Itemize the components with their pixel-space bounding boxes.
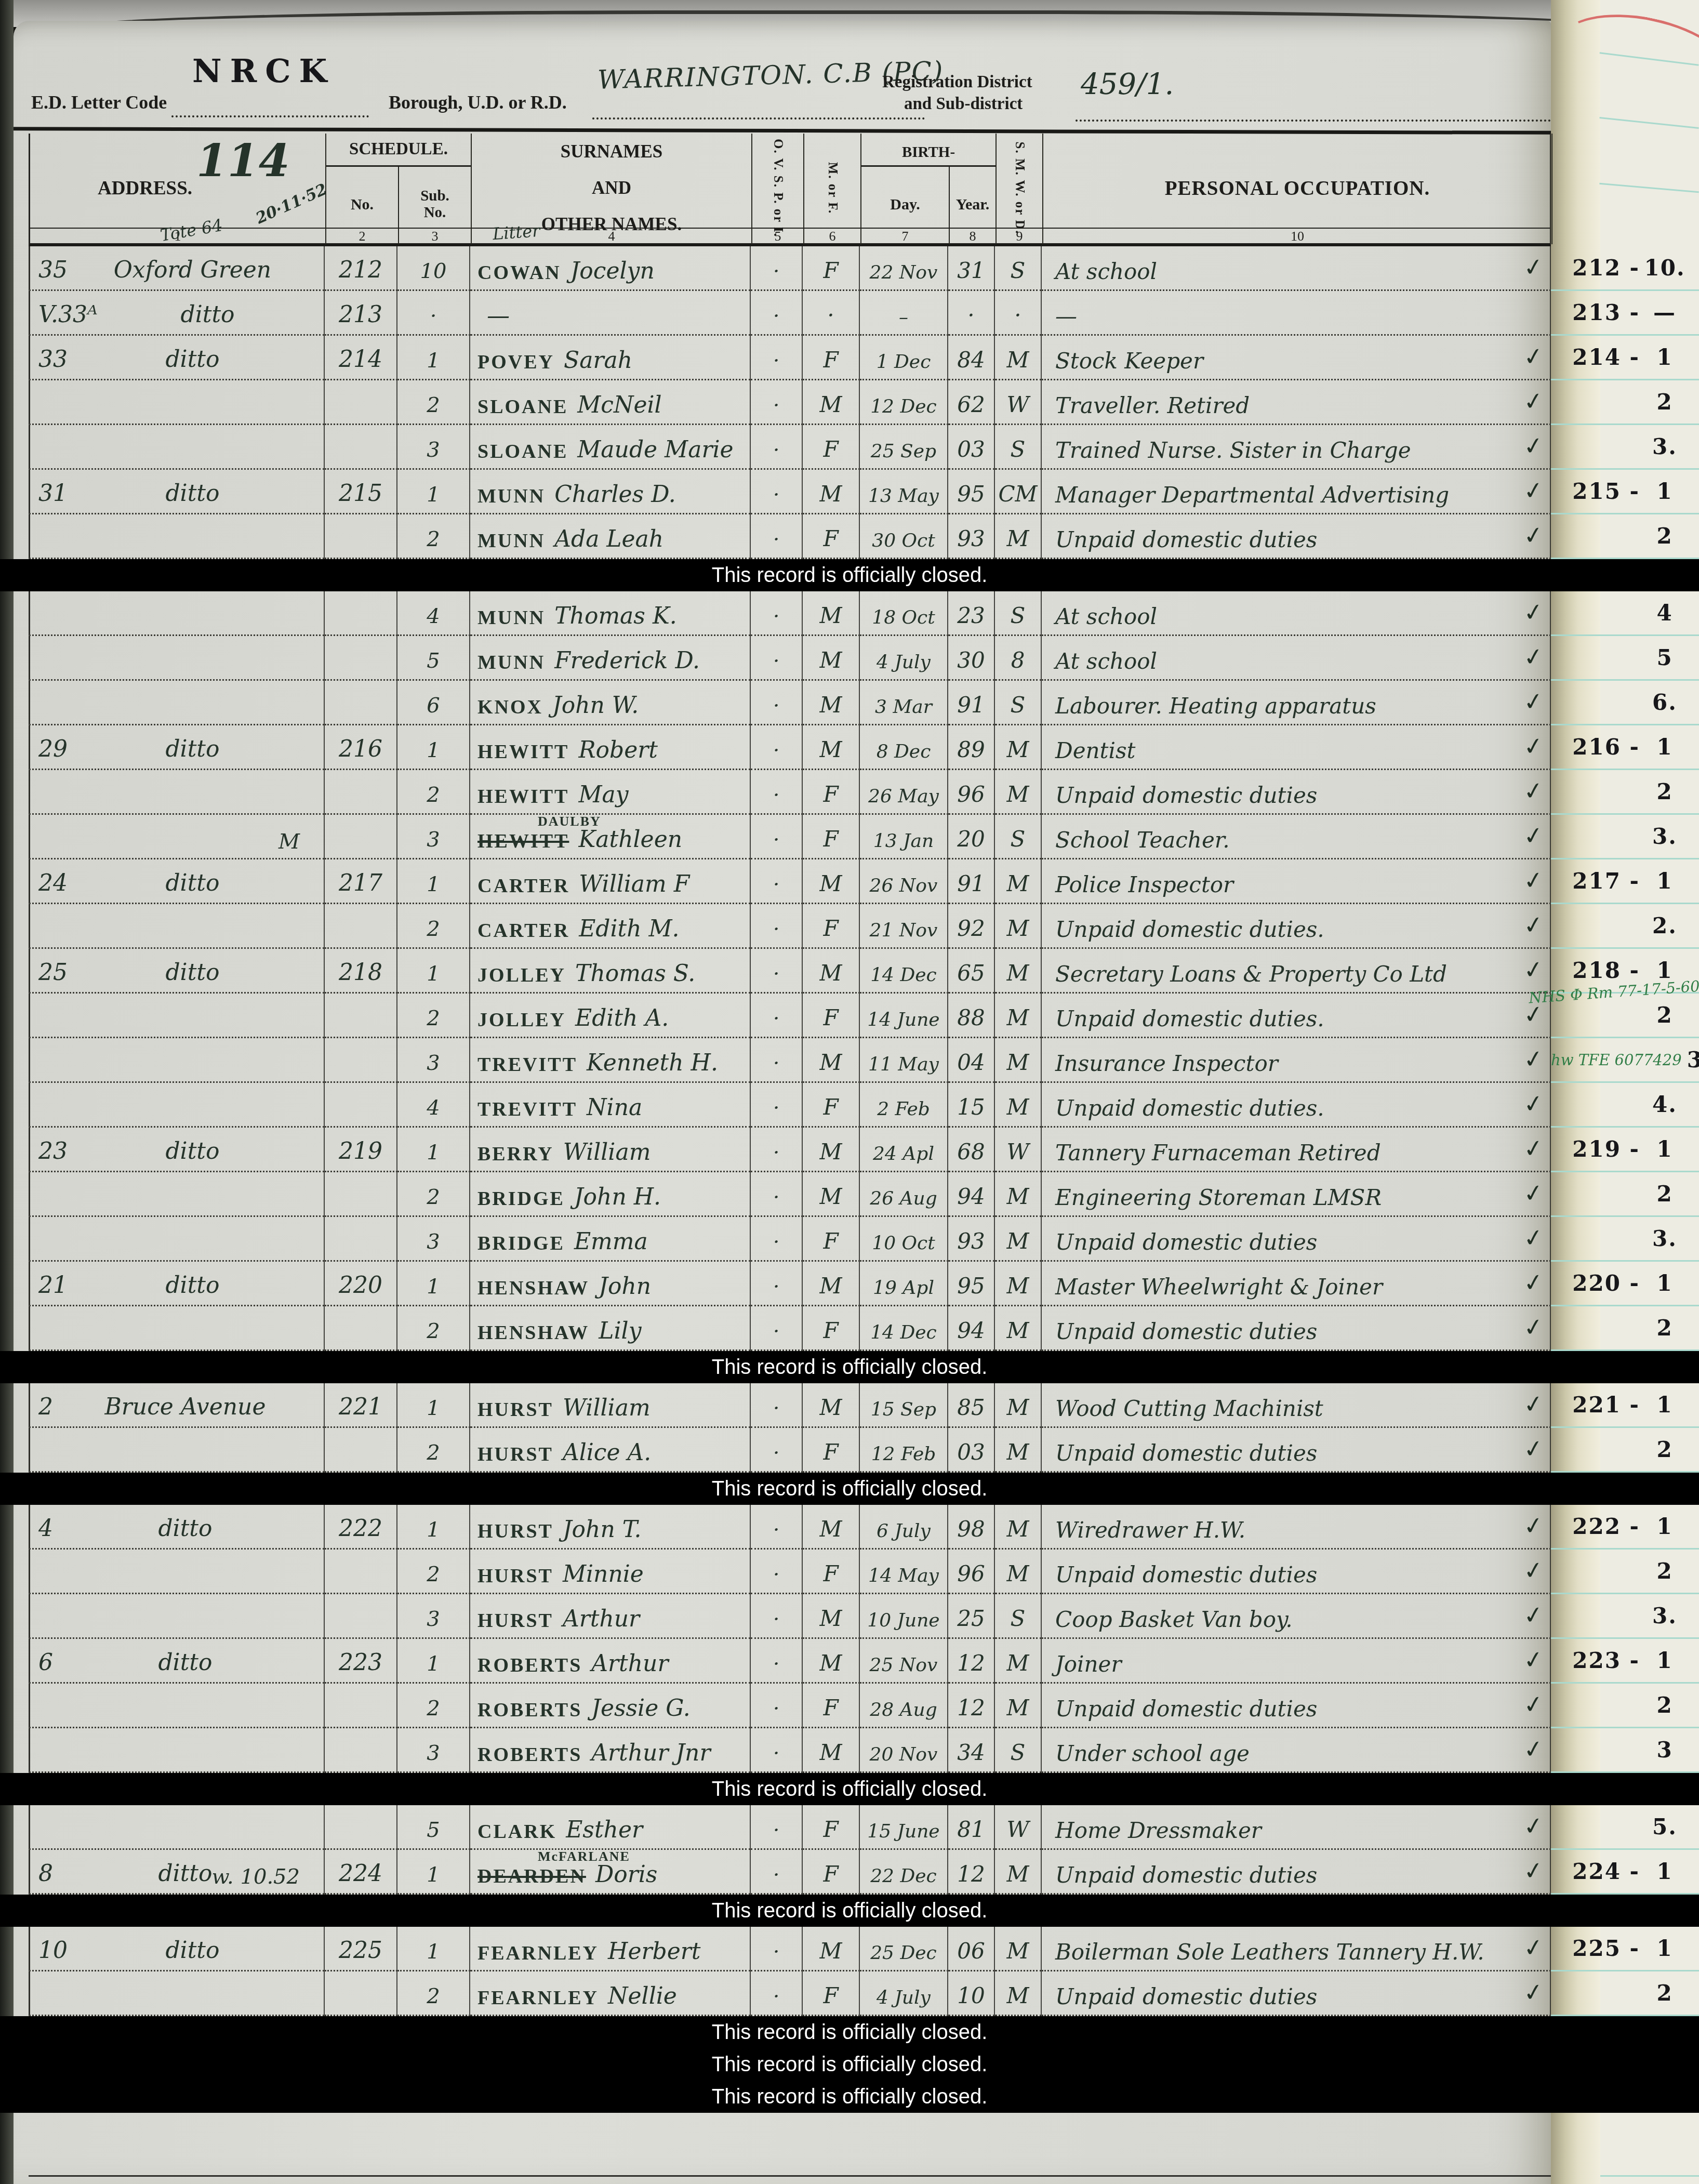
birth-year-cell: 92: [948, 904, 995, 949]
ovspi-cell: ·: [751, 1083, 803, 1128]
marital-status-cell: M: [995, 1550, 1042, 1594]
birth-year-cell: 62: [948, 380, 995, 425]
margin-sub-number: 1: [1640, 1392, 1690, 1418]
occupation-cell: —: [1042, 291, 1551, 336]
closed-record-text: This record is officially closed.: [712, 2085, 988, 2109]
birth-day-cell: 26 Aug: [860, 1172, 948, 1217]
table-row: M3HEWITTDAULBYKathleen·F13 Jan20SSchool …: [29, 815, 1699, 859]
check-mark: ✓: [1522, 731, 1546, 762]
address-number: V.33ᴬ: [38, 301, 98, 328]
column-number: 4 Litter: [472, 229, 752, 244]
birth-day-cell: 14 Dec: [860, 949, 948, 994]
name-cell: HEWITTDAULBYKathleen: [470, 815, 751, 859]
address-number: 8: [38, 1860, 53, 1887]
name-cell: FEARNLEYNellie: [470, 1971, 751, 2016]
birth-year-cell: 85: [948, 1383, 995, 1428]
birth-day-cell: 25 Dec: [860, 1927, 948, 1971]
sex-cell: M: [803, 859, 860, 904]
address-cell: [29, 994, 325, 1038]
surname-text: FEARNLEY: [477, 1987, 599, 2009]
marital-status-cell: M: [995, 1971, 1042, 2016]
occupation-cell: Unpaid domestic duties✓: [1042, 1684, 1551, 1728]
birth-day-cell: 30 Oct: [860, 514, 948, 559]
ovspi-cell: ·: [751, 1971, 803, 2016]
surname-text: ROBERTS: [477, 1654, 582, 1677]
marital-status-cell: M: [995, 1172, 1042, 1217]
schedule-sub-cell: 1: [397, 1850, 470, 1895]
address-header-handwritten-value: 114: [196, 135, 290, 187]
bottom-partial-line: [29, 2175, 1551, 2177]
schedule-sub-cell: 1: [397, 1639, 470, 1684]
address-cell: 31ditto: [29, 470, 325, 514]
sex-cell: M: [803, 1172, 860, 1217]
sex-cell: M: [803, 681, 860, 725]
table-row: 2BRIDGEJohn H.·M26 Aug94MEngineering Sto…: [29, 1172, 1699, 1217]
ovspi-cell: ·: [751, 1639, 803, 1684]
check-mark: ✓: [1522, 431, 1546, 461]
birth-day-cell: 3 Mar: [860, 681, 948, 725]
occupation-text: Coop Basket Van boy.: [1055, 1607, 1293, 1632]
ledger-rows: 35Oxford Green21210COWANJocelyn·F22 Nov3…: [29, 246, 1699, 2113]
table-row: V.33ᴬditto213·—··–··—213 -—: [29, 291, 1699, 336]
name-cell: DEARDENMcFARLANEDoris: [470, 1850, 751, 1895]
ovspi-cell: ·: [751, 681, 803, 725]
schedule-sub-cell: 3: [397, 1217, 470, 1262]
margin-sub-number: 1: [1640, 1270, 1690, 1296]
schedule-number-cell: [325, 1550, 397, 1594]
address-street: ditto: [53, 1649, 317, 1676]
birth-column-header: BIRTH- Day. Year.: [861, 134, 997, 243]
ovspi-cell: ·: [751, 1306, 803, 1351]
name-cell: BRIDGEEmma: [470, 1217, 751, 1262]
birth-year-cell: 93: [948, 1217, 995, 1262]
address-number: 10: [38, 1937, 68, 1964]
address-number: 23: [38, 1138, 68, 1164]
address-cell: 33ditto: [29, 336, 325, 380]
address-cell: 35Oxford Green: [29, 246, 325, 291]
facing-page-margin-cell: 213 -—: [1551, 291, 1699, 336]
occupation-text: Unpaid domestic duties: [1055, 1229, 1317, 1255]
schedule-number-cell: [325, 770, 397, 815]
check-mark: ✓: [1522, 1600, 1546, 1631]
name-cell: SLOANEMcNeil: [470, 380, 751, 425]
sex-cell: M: [803, 1262, 860, 1306]
column-number: 7: [861, 229, 950, 244]
address-cell: M: [29, 815, 325, 859]
address-cell: 21ditto: [29, 1262, 325, 1306]
schedule-sub-cell: 3: [397, 1594, 470, 1639]
margin-sub-number: 2: [1640, 1558, 1690, 1584]
birth-day-cell: 13 Jan: [860, 815, 948, 859]
green-annotation: hw TFE 6077429: [1551, 1051, 1682, 1069]
birth-day-cell: 26 May: [860, 770, 948, 815]
ovspi-cell: ·: [751, 1128, 803, 1172]
schedule-number-cell: 220: [325, 1262, 397, 1306]
ovspi-cell: ·: [751, 770, 803, 815]
sex-cell: F: [803, 336, 860, 380]
sex-cell: M: [803, 1639, 860, 1684]
name-cell: BERRYWilliam: [470, 1128, 751, 1172]
occupation-cell: Engineering Storeman LMSR✓: [1042, 1172, 1551, 1217]
marital-status-cell: M: [995, 1428, 1042, 1473]
closed-record-bar: This record is officially closed.: [0, 1473, 1699, 1505]
sex-cell: M: [803, 1728, 860, 1773]
birth-day-cell: 1 Dec: [860, 336, 948, 380]
forenames-text: Kathleen: [578, 826, 682, 853]
margin-sub-number: 3.: [1640, 1603, 1690, 1629]
surname-text: HEWITT: [477, 830, 569, 853]
sex-cell: ·: [803, 291, 860, 336]
surname-text: TREVITT: [477, 1053, 577, 1076]
occupation-text: Unpaid domestic duties: [1055, 527, 1317, 552]
name-cell: —: [470, 291, 751, 336]
marital-header-label: S. M. W. or D.: [1012, 142, 1027, 235]
address-cell: [29, 1428, 325, 1473]
birth-year-cell: 95: [948, 470, 995, 514]
surname-correction: McFARLANE: [538, 1849, 630, 1864]
schedule-sub-cell: 3: [397, 1038, 470, 1083]
facing-page-margin-cell: 224 -1: [1551, 1850, 1699, 1895]
table-row: 8dittow. 10.522241DEARDENMcFARLANEDoris·…: [29, 1850, 1699, 1895]
ovspi-cell: ·: [751, 470, 803, 514]
address-street: ditto: [68, 1937, 317, 1964]
address-cell: 23ditto: [29, 1128, 325, 1172]
occupation-cell: Dentist✓: [1042, 725, 1551, 770]
schedule-number-cell: 222: [325, 1505, 397, 1550]
borough-label: Borough, U.D. or R.D.: [389, 91, 567, 113]
surname-text: HURST: [477, 1443, 553, 1466]
closed-record-bar: This record is officially closed.: [0, 2081, 1699, 2113]
birth-year-cell: 91: [948, 859, 995, 904]
name-cell: FEARNLEYHerbert: [470, 1927, 751, 1971]
check-mark: ✓: [1522, 475, 1546, 506]
marital-column-header: S. M. W. or D.: [997, 134, 1043, 243]
address-number: 29: [38, 736, 68, 762]
name-cell: ROBERTSJessie G.: [470, 1684, 751, 1728]
schedule-number-cell: [325, 380, 397, 425]
schedule-sub-cell: 1: [397, 1505, 470, 1550]
name-cell: MUNNCharles D.: [470, 470, 751, 514]
occupation-cell: Boilerman Sole Leathers Tannery H.W.✓: [1042, 1927, 1551, 1971]
column-number-row: 1 Tote 64 2 3 4 Litter 5 6 7 8 9 10: [29, 229, 1551, 246]
margin-sub-number: 1: [1640, 479, 1690, 504]
address-cell: 25ditto: [29, 949, 325, 994]
closed-record-bar: This record is officially closed.: [0, 1895, 1699, 1927]
facing-page-margin-cell: 2: [1551, 1306, 1699, 1351]
table-row: 4TREVITTNina·F2 Feb15MUnpaid domestic du…: [29, 1083, 1699, 1128]
check-mark: ✓: [1522, 520, 1546, 551]
birth-year-cell: 12: [948, 1850, 995, 1895]
birth-day-cell: 12 Dec: [860, 380, 948, 425]
margin-sub-number: 2: [1640, 1437, 1690, 1462]
table-row: 4ditto2221HURSTJohn T.·M6 July98MWiredra…: [29, 1505, 1699, 1550]
forenames-text: Edith M.: [579, 916, 679, 942]
schedule-number-cell: [325, 514, 397, 559]
occupation-text: Stock Keeper: [1055, 348, 1203, 374]
facing-page-margin-cell: 212 -10.: [1551, 246, 1699, 291]
schedule-number-cell: [325, 904, 397, 949]
facing-page-margin-cell: 222 -1: [1551, 1505, 1699, 1550]
birth-day-cell: 25 Nov: [860, 1639, 948, 1684]
margin-sub-number: 2: [1640, 1692, 1690, 1718]
sex-cell: F: [803, 815, 860, 859]
occupation-text: Unpaid domestic duties.: [1055, 1095, 1324, 1121]
name-cell: ROBERTSArthur: [470, 1639, 751, 1684]
surname-text: FEARNLEY: [477, 1942, 599, 1965]
margin-schedule-number: 221 -: [1551, 1392, 1640, 1418]
name-cell: BRIDGEJohn H.: [470, 1172, 751, 1217]
schedule-sub-cell: 1: [397, 725, 470, 770]
margin-sub-number: 5: [1640, 645, 1690, 670]
table-row: 29ditto2161HEWITTRobert·M8 Dec89MDentist…: [29, 725, 1699, 770]
forenames-text: Minnie: [563, 1561, 644, 1587]
birth-year-cell: 96: [948, 770, 995, 815]
schedule-sub-cell: 5: [397, 1805, 470, 1850]
surname-text: HENSHAW: [477, 1277, 589, 1300]
sex-cell: F: [803, 1083, 860, 1128]
closed-record-bar: This record is officially closed.: [0, 1773, 1699, 1805]
address-cell: [29, 425, 325, 470]
table-row: 3BRIDGEEmma·F10 Oct93MUnpaid domestic du…: [29, 1217, 1699, 1262]
occupation-cell: Insurance Inspector✓: [1042, 1038, 1551, 1083]
table-row: 2FEARNLEYNellie·F4 July10MUnpaid domesti…: [29, 1971, 1699, 2016]
schedule-sub-cell: 3: [397, 425, 470, 470]
name-cell: SLOANEMaude Marie: [470, 425, 751, 470]
address-cell: [29, 1217, 325, 1262]
schedule-number-cell: [325, 815, 397, 859]
schedule-number-cell: [325, 591, 397, 636]
occupation-text: Insurance Inspector: [1055, 1051, 1278, 1076]
table-row: 21ditto2201HENSHAWJohn·M19 Apl95MMaster …: [29, 1262, 1699, 1306]
marital-status-cell: M: [995, 994, 1042, 1038]
birth-year-cell: 96: [948, 1550, 995, 1594]
table-row: 5CLARKEsther·F15 June81WHome Dressmaker✓…: [29, 1805, 1699, 1850]
birth-day-cell: 26 Nov: [860, 859, 948, 904]
birth-year-cell: 04: [948, 1038, 995, 1083]
marital-status-cell: S: [995, 815, 1042, 859]
ovspi-column-header: O. V. S. P. or I.: [752, 134, 804, 243]
sex-cell: M: [803, 380, 860, 425]
occupation-text: Tannery Furnaceman Retired: [1055, 1140, 1381, 1166]
name-cell: COWANJocelyn: [470, 246, 751, 291]
surname-text: HURST: [477, 1565, 553, 1587]
occupation-text: Unpaid domestic duties.: [1055, 1006, 1324, 1031]
occupation-cell: Unpaid domestic duties✓: [1042, 770, 1551, 815]
forenames-text: Esther: [566, 1817, 643, 1843]
registration-district-value: 459/1.: [1081, 68, 1174, 101]
closed-record-text: This record is officially closed.: [712, 2053, 988, 2076]
sex-cell: F: [803, 1428, 860, 1473]
schedule-sub-cell: ·: [397, 291, 470, 336]
facing-page-margin-cell: 2: [1551, 1550, 1699, 1594]
facing-page-margin-cell: 3.: [1551, 425, 1699, 470]
table-row: 10ditto2251FEARNLEYHerbert·M25 Dec06MBoi…: [29, 1927, 1699, 1971]
occupation-cell: At school✓: [1042, 591, 1551, 636]
birth-day-cell: 24 Apl: [860, 1128, 948, 1172]
facing-page-margin-cell: 2: [1551, 1172, 1699, 1217]
census-register-scan: E.D. Letter Code NRCK Borough, U.D. or R…: [0, 0, 1699, 2184]
ovspi-cell: ·: [751, 514, 803, 559]
margin-sub-number: 2: [1640, 523, 1690, 549]
forenames-text: May: [578, 782, 628, 808]
occupation-text: Labourer. Heating apparatus: [1055, 693, 1376, 719]
surname-text: HENSHAW: [477, 1321, 589, 1344]
surname-text: CLARK: [477, 1820, 556, 1843]
sex-cell: F: [803, 1684, 860, 1728]
ovspi-cell: ·: [751, 425, 803, 470]
ovspi-cell: ·: [751, 1383, 803, 1428]
closed-record-text: This record is officially closed.: [712, 2021, 988, 2044]
surname-text: SLOANE: [477, 395, 568, 418]
check-mark: ✓: [1522, 1645, 1546, 1675]
occupation-text: Trained Nurse. Sister in Charge: [1055, 438, 1411, 463]
forenames-text: McNeil: [577, 392, 661, 418]
address-cell: V.33ᴬditto: [29, 291, 325, 336]
name-cell: CARTEREdith M.: [470, 904, 751, 949]
facing-page-margin-cell: 5.: [1551, 1805, 1699, 1850]
margin-schedule-number: 225 -: [1551, 1936, 1640, 1961]
occupation-cell: Home Dressmaker✓: [1042, 1805, 1551, 1850]
check-mark: ✓: [1522, 386, 1546, 417]
margin-sub-number: 5.: [1640, 1814, 1690, 1839]
birth-day-cell: 22 Dec: [860, 1850, 948, 1895]
birth-year-cell: ·: [948, 291, 995, 336]
forenames-text: Sarah: [564, 347, 632, 374]
birth-year-cell: 94: [948, 1306, 995, 1351]
occupation-text: Unpaid domestic duties: [1055, 783, 1317, 808]
table-row: 2HURSTMinnie·F14 May96MUnpaid domestic d…: [29, 1550, 1699, 1594]
table-row: 6KNOXJohn W.·M3 Mar91SLabourer. Heating …: [29, 681, 1699, 725]
schedule-number-cell: 221: [325, 1383, 397, 1428]
column-number: 1 Tote 64: [30, 229, 326, 244]
schedule-sub-cell: 1: [397, 949, 470, 994]
marital-status-cell: W: [995, 1805, 1042, 1850]
sex-cell: F: [803, 1971, 860, 2016]
forenames-text: Jocelyn: [570, 258, 655, 284]
marital-status-cell: M: [995, 1639, 1042, 1684]
surname-text: BERRY: [477, 1143, 554, 1166]
marital-status-cell: M: [995, 725, 1042, 770]
margin-sub-number: 2: [1640, 389, 1690, 415]
address-cell: 2Bruce Avenue: [29, 1383, 325, 1428]
facing-page-margin-cell: 2: [1551, 380, 1699, 425]
table-row: 2Bruce Avenue2211HURSTWilliam·M15 Sep85M…: [29, 1383, 1699, 1428]
name-cell: MUNNFrederick D.: [470, 636, 751, 681]
schedule-sub-cell: 10: [397, 246, 470, 291]
ovspi-cell: ·: [751, 336, 803, 380]
address-number: 25: [38, 959, 68, 986]
forenames-text: William: [563, 1395, 651, 1421]
ovspi-cell: ·: [751, 904, 803, 949]
address-street: ditto: [68, 346, 317, 373]
address-street: ditto: [68, 736, 317, 762]
table-row: 3SLOANEMaude Marie·F25 Sep03STrained Nur…: [29, 425, 1699, 470]
birth-year-cell: 89: [948, 725, 995, 770]
check-mark: ✓: [1522, 1734, 1546, 1765]
margin-sub-number: 2: [1640, 1181, 1690, 1207]
name-cell: MUNNAda Leah: [470, 514, 751, 559]
schedule-sub-cell: 4: [397, 591, 470, 636]
marital-status-cell: M: [995, 859, 1042, 904]
address-cell: [29, 1172, 325, 1217]
sex-header-label: M. or F.: [825, 162, 840, 215]
birth-year-cell: 95: [948, 1262, 995, 1306]
sex-cell: F: [803, 514, 860, 559]
occupation-cell: Coop Basket Van boy.✓: [1042, 1594, 1551, 1639]
forenames-text: John T.: [563, 1516, 642, 1543]
address-number: 6: [38, 1649, 53, 1676]
birth-year-cell: 93: [948, 514, 995, 559]
surname-text: DEARDEN: [477, 1865, 586, 1888]
forenames-text: Maude Marie: [577, 436, 733, 463]
address-cell: 10ditto: [29, 1927, 325, 1971]
schedule-number-cell: [325, 1728, 397, 1773]
ovspi-cell: ·: [751, 1217, 803, 1262]
occupation-cell: Unpaid domestic duties✓: [1042, 1217, 1551, 1262]
forenames-text: Alice A.: [563, 1439, 651, 1466]
address-street: ditto: [68, 870, 317, 896]
margin-sub-number: 1: [1640, 1514, 1690, 1539]
schedule-sub-cell: 2: [397, 1428, 470, 1473]
marital-status-cell: S: [995, 681, 1042, 725]
surname-text: CARTER: [477, 919, 569, 942]
address-street: ditto: [68, 959, 317, 986]
birth-year-cell: 34: [948, 1728, 995, 1773]
schedule-number-cell: [325, 994, 397, 1038]
birth-day-cell: 13 May: [860, 470, 948, 514]
name-cell: HURSTWilliam: [470, 1383, 751, 1428]
check-mark: ✓: [1522, 820, 1546, 851]
marital-status-cell: M: [995, 514, 1042, 559]
check-mark: ✓: [1522, 955, 1546, 985]
forenames-text: Lily: [599, 1318, 641, 1344]
check-mark: ✓: [1522, 642, 1546, 672]
sex-cell: M: [803, 1038, 860, 1083]
occupation-text: Manager Departmental Advertising: [1055, 482, 1449, 508]
margin-sub-number: 1: [1640, 1936, 1690, 1961]
ovspi-cell: ·: [751, 949, 803, 994]
address-street: Oxford Green: [68, 257, 317, 283]
name-cell: CLARKEsther: [470, 1805, 751, 1850]
schedule-sub-cell: 2: [397, 1172, 470, 1217]
check-mark: ✓: [1522, 686, 1546, 717]
occupation-text: Dentist: [1055, 738, 1135, 763]
schedule-number-cell: [325, 1083, 397, 1128]
marital-status-cell: W: [995, 380, 1042, 425]
address-number: 2: [38, 1394, 53, 1420]
sex-cell: M: [803, 470, 860, 514]
occupation-cell: Unpaid domestic duties.✓: [1042, 904, 1551, 949]
birth-year-cell: 10: [948, 1971, 995, 2016]
forenames-text: —: [487, 302, 510, 329]
address-street: Bruce Avenue: [53, 1394, 317, 1420]
name-cell: TREVITTKenneth H.: [470, 1038, 751, 1083]
address-cell: 4ditto: [29, 1505, 325, 1550]
surname-text: MUNN: [477, 651, 545, 674]
schedule-sub-cell: 1: [397, 336, 470, 380]
facing-page-margin-cell: 215 -1: [1551, 470, 1699, 514]
address-cell: [29, 514, 325, 559]
schedule-number-cell: [325, 1306, 397, 1351]
sex-cell: M: [803, 725, 860, 770]
name-cell: HURSTAlice A.: [470, 1428, 751, 1473]
facing-page-margin-cell: 223 -1: [1551, 1639, 1699, 1684]
margin-sub-number: 1: [1640, 1648, 1690, 1673]
ovspi-cell: ·: [751, 1850, 803, 1895]
name-cell: HURSTJohn T.: [470, 1505, 751, 1550]
forenames-text: John: [599, 1273, 651, 1300]
surname-text: HURST: [477, 1520, 553, 1543]
